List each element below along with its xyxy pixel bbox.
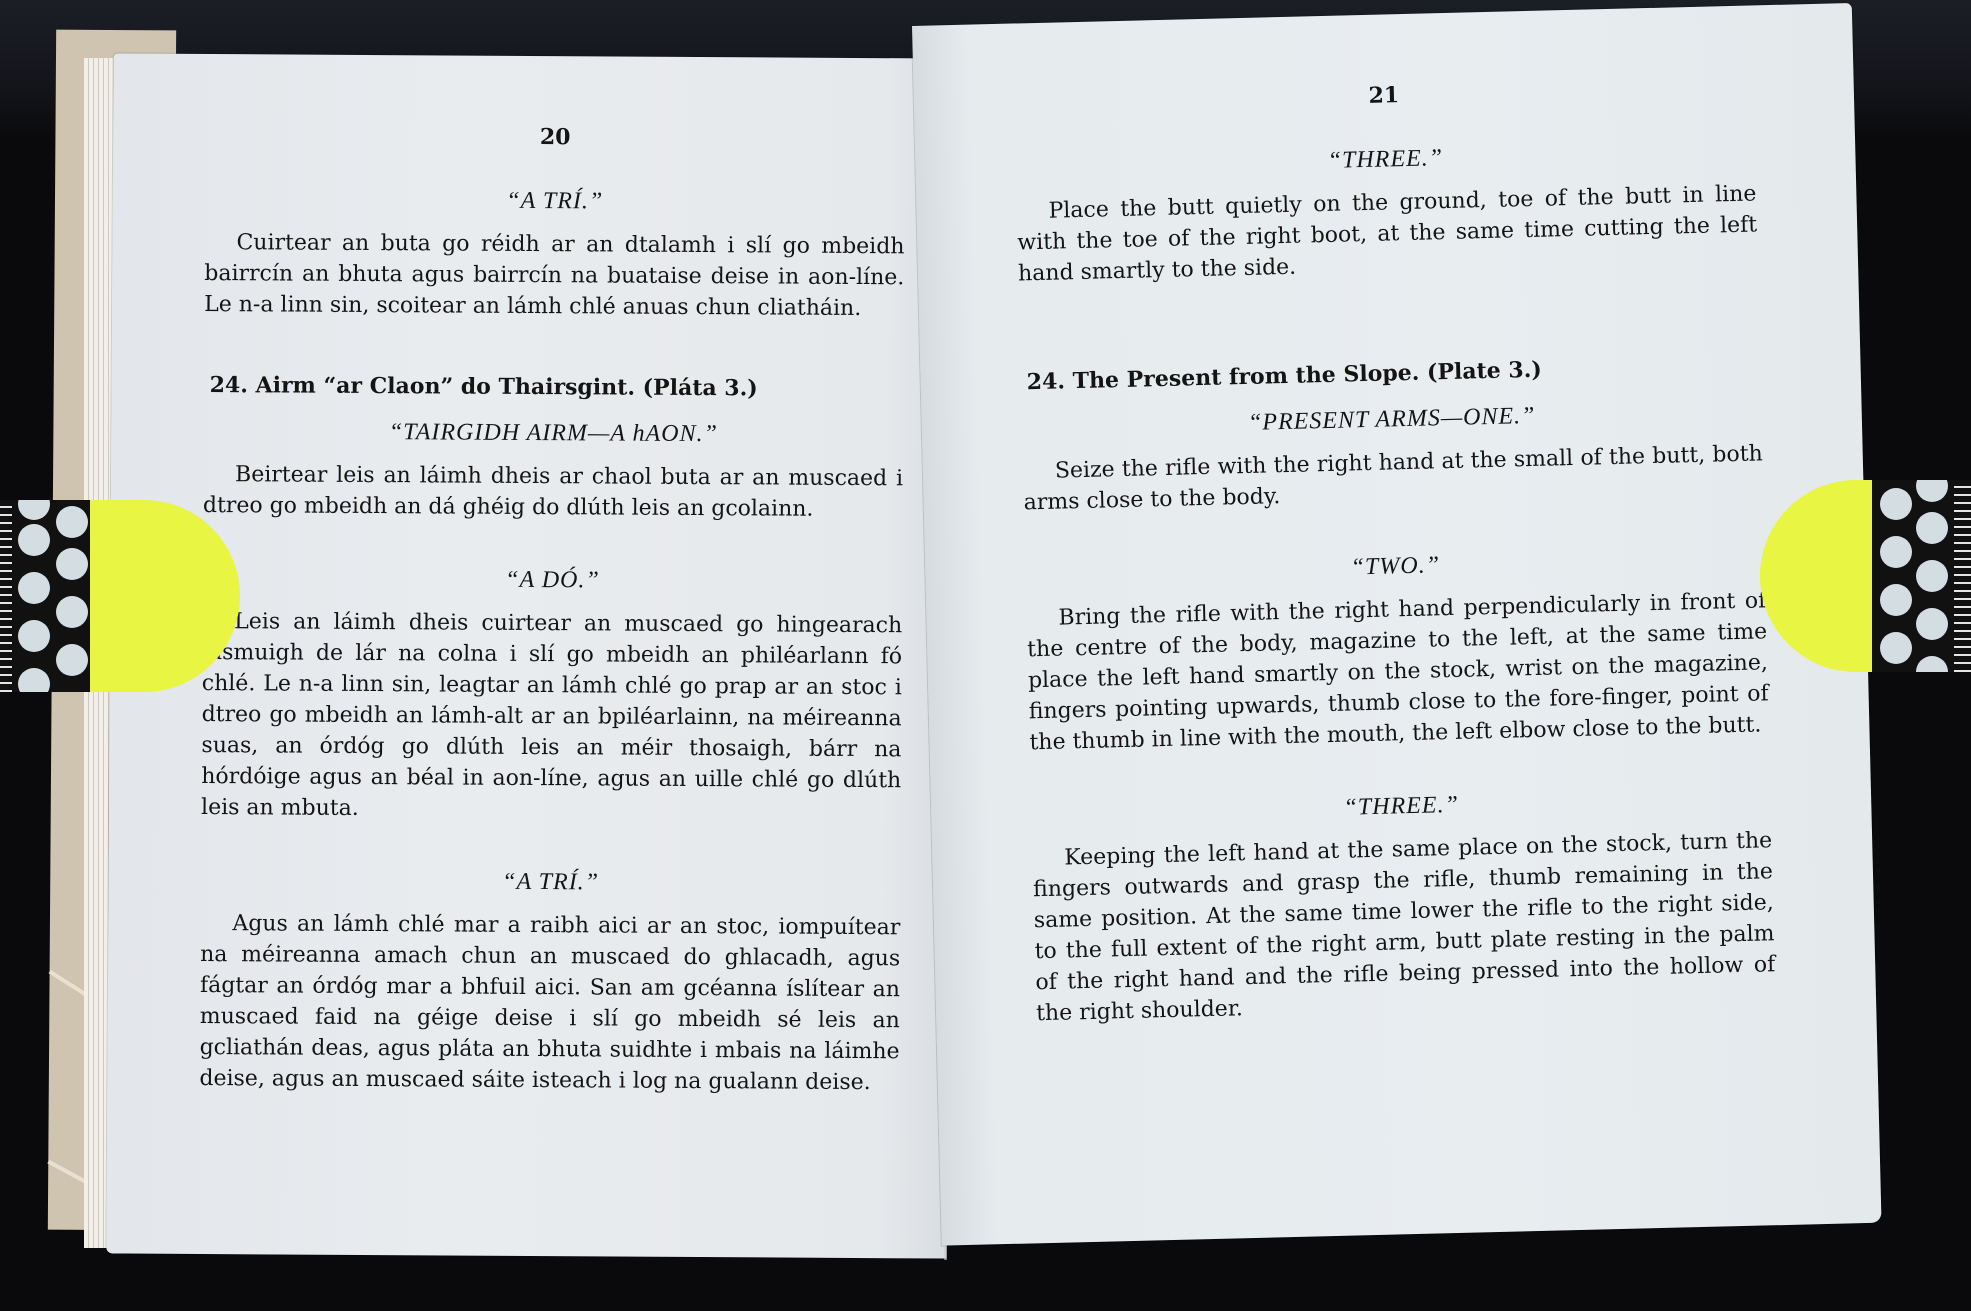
page-clip-right[interactable] — [1760, 480, 1970, 672]
right-page: 21 “THREE.” Place the butt quietly on th… — [912, 3, 1882, 1246]
section-title: 24. Airm “ar Claon” do Thairsgint. (Plát… — [210, 372, 904, 402]
drill-command: “TAIRGIDH AIRM—A hAON.” — [203, 418, 903, 449]
drill-instruction: Bring the rifle with the right hand perp… — [1026, 585, 1770, 758]
left-page: 20 “A TRÍ.” Cuirtear an buta go réidh ar… — [106, 53, 953, 1258]
drill-instruction: Agus an lámh chlé mar a raibh aici ar an… — [199, 908, 900, 1098]
clip-stripes — [1954, 480, 1971, 672]
drill-command: “A TRÍ.” — [201, 867, 901, 898]
drill-instruction: Beirtear leis an láimh dheis ar chaol bu… — [203, 459, 903, 525]
drill-instruction: Leis an láimh dheis cuirtear an muscaed … — [201, 606, 902, 827]
left-page-content: 20 “A TRÍ.” Cuirtear an buta go réidh ar… — [199, 122, 905, 1098]
drill-instruction: Keeping the left hand at the same place … — [1032, 825, 1776, 1029]
drill-instruction: Cuirtear an buta go réidh ar an dtalamh … — [204, 227, 905, 324]
drill-instruction: Place the butt quietly on the ground, to… — [1016, 178, 1758, 289]
drill-command: “PRESENT ARMS—ONE.” — [1022, 397, 1762, 442]
right-page-content: 21 “THREE.” Place the butt quietly on th… — [1014, 73, 1777, 1029]
section-title: 24. The Present from the Slope. (Plate 3… — [1026, 351, 1760, 395]
drill-command: “A DÓ.” — [202, 565, 902, 596]
page-clip-left[interactable] — [0, 500, 200, 692]
page-number: 21 — [1014, 73, 1754, 117]
drill-command: “A TRÍ.” — [205, 186, 905, 217]
drill-command: “THREE.” — [1015, 137, 1755, 182]
clip-dot-pattern — [1872, 480, 1954, 672]
page-number: 20 — [205, 122, 905, 152]
clip-dot-pattern — [12, 500, 94, 692]
